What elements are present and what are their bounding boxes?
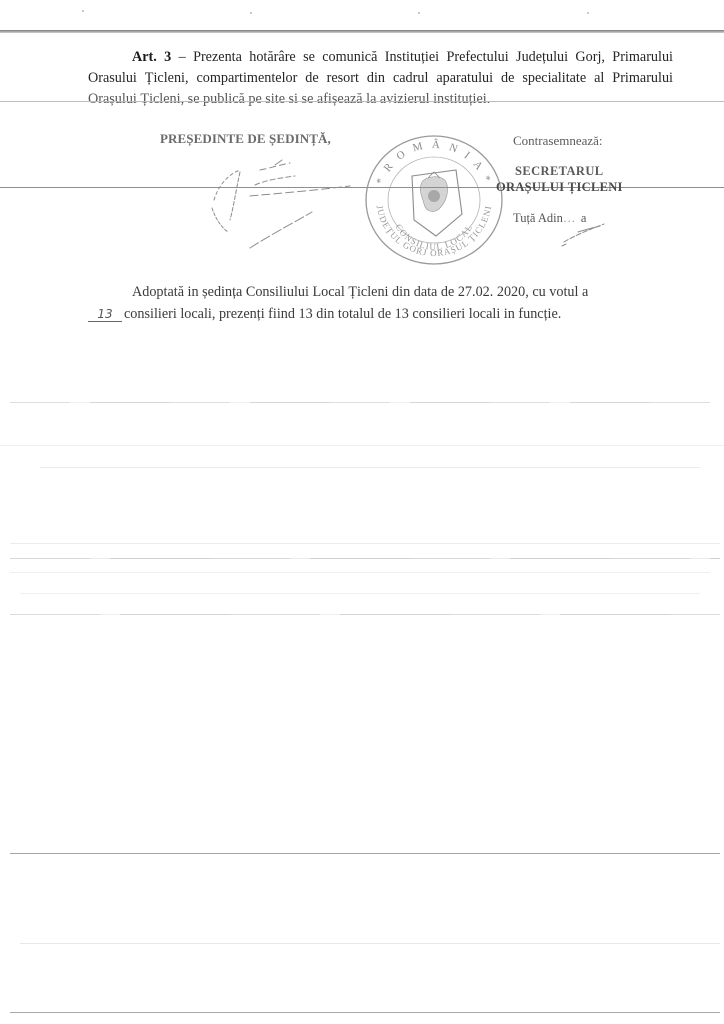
scan-line bbox=[20, 943, 720, 944]
scan-artifact bbox=[418, 12, 420, 14]
adoption-statement: Adoptată in ședința Consiliului Local Ți… bbox=[88, 281, 648, 325]
article-line-3: Orașului Țicleni, se publică pe site si … bbox=[88, 89, 673, 110]
scan-line bbox=[10, 558, 720, 559]
scan-line bbox=[10, 853, 720, 854]
secretary-city: ORAȘULUI ȚICLENI bbox=[496, 180, 623, 195]
handwritten-vote-count: 13 bbox=[88, 307, 122, 322]
council-stamp: * R O M Â N I A * JUDEȚUL GORJ ORAȘUL ȚI… bbox=[362, 132, 506, 268]
secretary-title: SECRETARUL bbox=[515, 164, 604, 179]
scan-line bbox=[10, 572, 710, 573]
article-label: Art. 3 bbox=[132, 49, 171, 65]
scan-line bbox=[10, 543, 720, 544]
scan-line bbox=[10, 1012, 720, 1013]
coat-of-arms-icon bbox=[412, 170, 462, 236]
scan-artifact bbox=[587, 12, 589, 14]
scan-artifact bbox=[82, 10, 84, 12]
adoption-line-1: Adoptată in ședința Consiliului Local Ți… bbox=[88, 281, 648, 303]
president-signature bbox=[200, 150, 360, 255]
scan-line bbox=[10, 614, 720, 615]
president-title: PREȘEDINTE DE ȘEDINȚĂ, bbox=[160, 131, 331, 147]
scan-line bbox=[40, 467, 700, 468]
document-page: Art. 3 – Prezenta hotărâre se comunică I… bbox=[0, 0, 724, 1024]
scan-line bbox=[20, 593, 700, 594]
article-line-1: Art. 3 – Prezenta hotărâre se comunică I… bbox=[88, 47, 673, 68]
article-line-2: Orasului Țicleni, compartimentelor de re… bbox=[88, 68, 673, 89]
scan-line bbox=[10, 402, 710, 403]
obscured-text: … bbox=[563, 211, 581, 226]
scan-line bbox=[0, 101, 724, 102]
scan-artifact bbox=[250, 12, 252, 14]
scan-line-top bbox=[0, 30, 724, 33]
countersign-label: Contrasemnează: bbox=[513, 133, 603, 149]
secretary-name: Tuță Adin…a bbox=[513, 211, 586, 226]
adoption-line-2: 13consilieri locali, prezenți fiind 13 d… bbox=[88, 303, 648, 325]
scan-line bbox=[0, 445, 724, 446]
